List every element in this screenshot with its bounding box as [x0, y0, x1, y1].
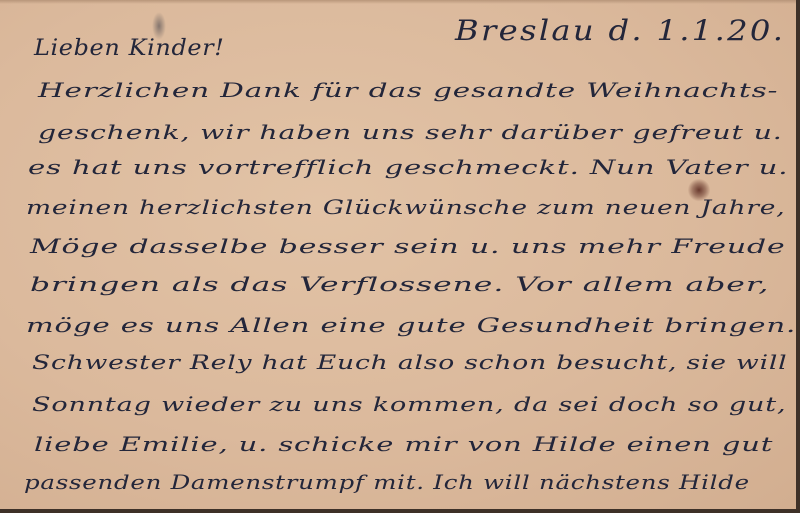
letter-line: geschenk, wir haben uns sehr darüber gef…	[38, 120, 783, 144]
card-edge	[0, 0, 796, 4]
letter-line: bringen als das Verflossene. Vor allem a…	[30, 272, 769, 296]
letter-line: passenden Damenstrumpf mit. Ich will näc…	[24, 470, 750, 494]
letter-line: möge es uns Allen eine gute Gesundheit b…	[26, 313, 796, 337]
postcard: Breslau d. 1.1.20. Lieben Kinder! Herzli…	[0, 0, 800, 513]
place-date: Breslau d. 1.1.20.	[455, 14, 785, 47]
letter-line: Schwester Rely hat Euch also schon besuc…	[32, 350, 787, 374]
letter-line: Herzlichen Dank für das gesandte Weihnac…	[38, 78, 778, 102]
letter-line: Sonntag wieder zu uns kommen, da sei doc…	[32, 392, 786, 416]
letter-line: meinen herzlichsten Glückwünsche zum neu…	[26, 195, 785, 219]
greeting: Lieben Kinder!	[34, 36, 225, 61]
letter-line: es hat uns vortrefflich geschmeckt. Nun …	[28, 155, 788, 179]
letter-line: Möge dasselbe besser sein u. uns mehr Fr…	[30, 234, 786, 258]
letter-line: liebe Emilie, u. schicke mir von Hilde e…	[34, 432, 773, 456]
